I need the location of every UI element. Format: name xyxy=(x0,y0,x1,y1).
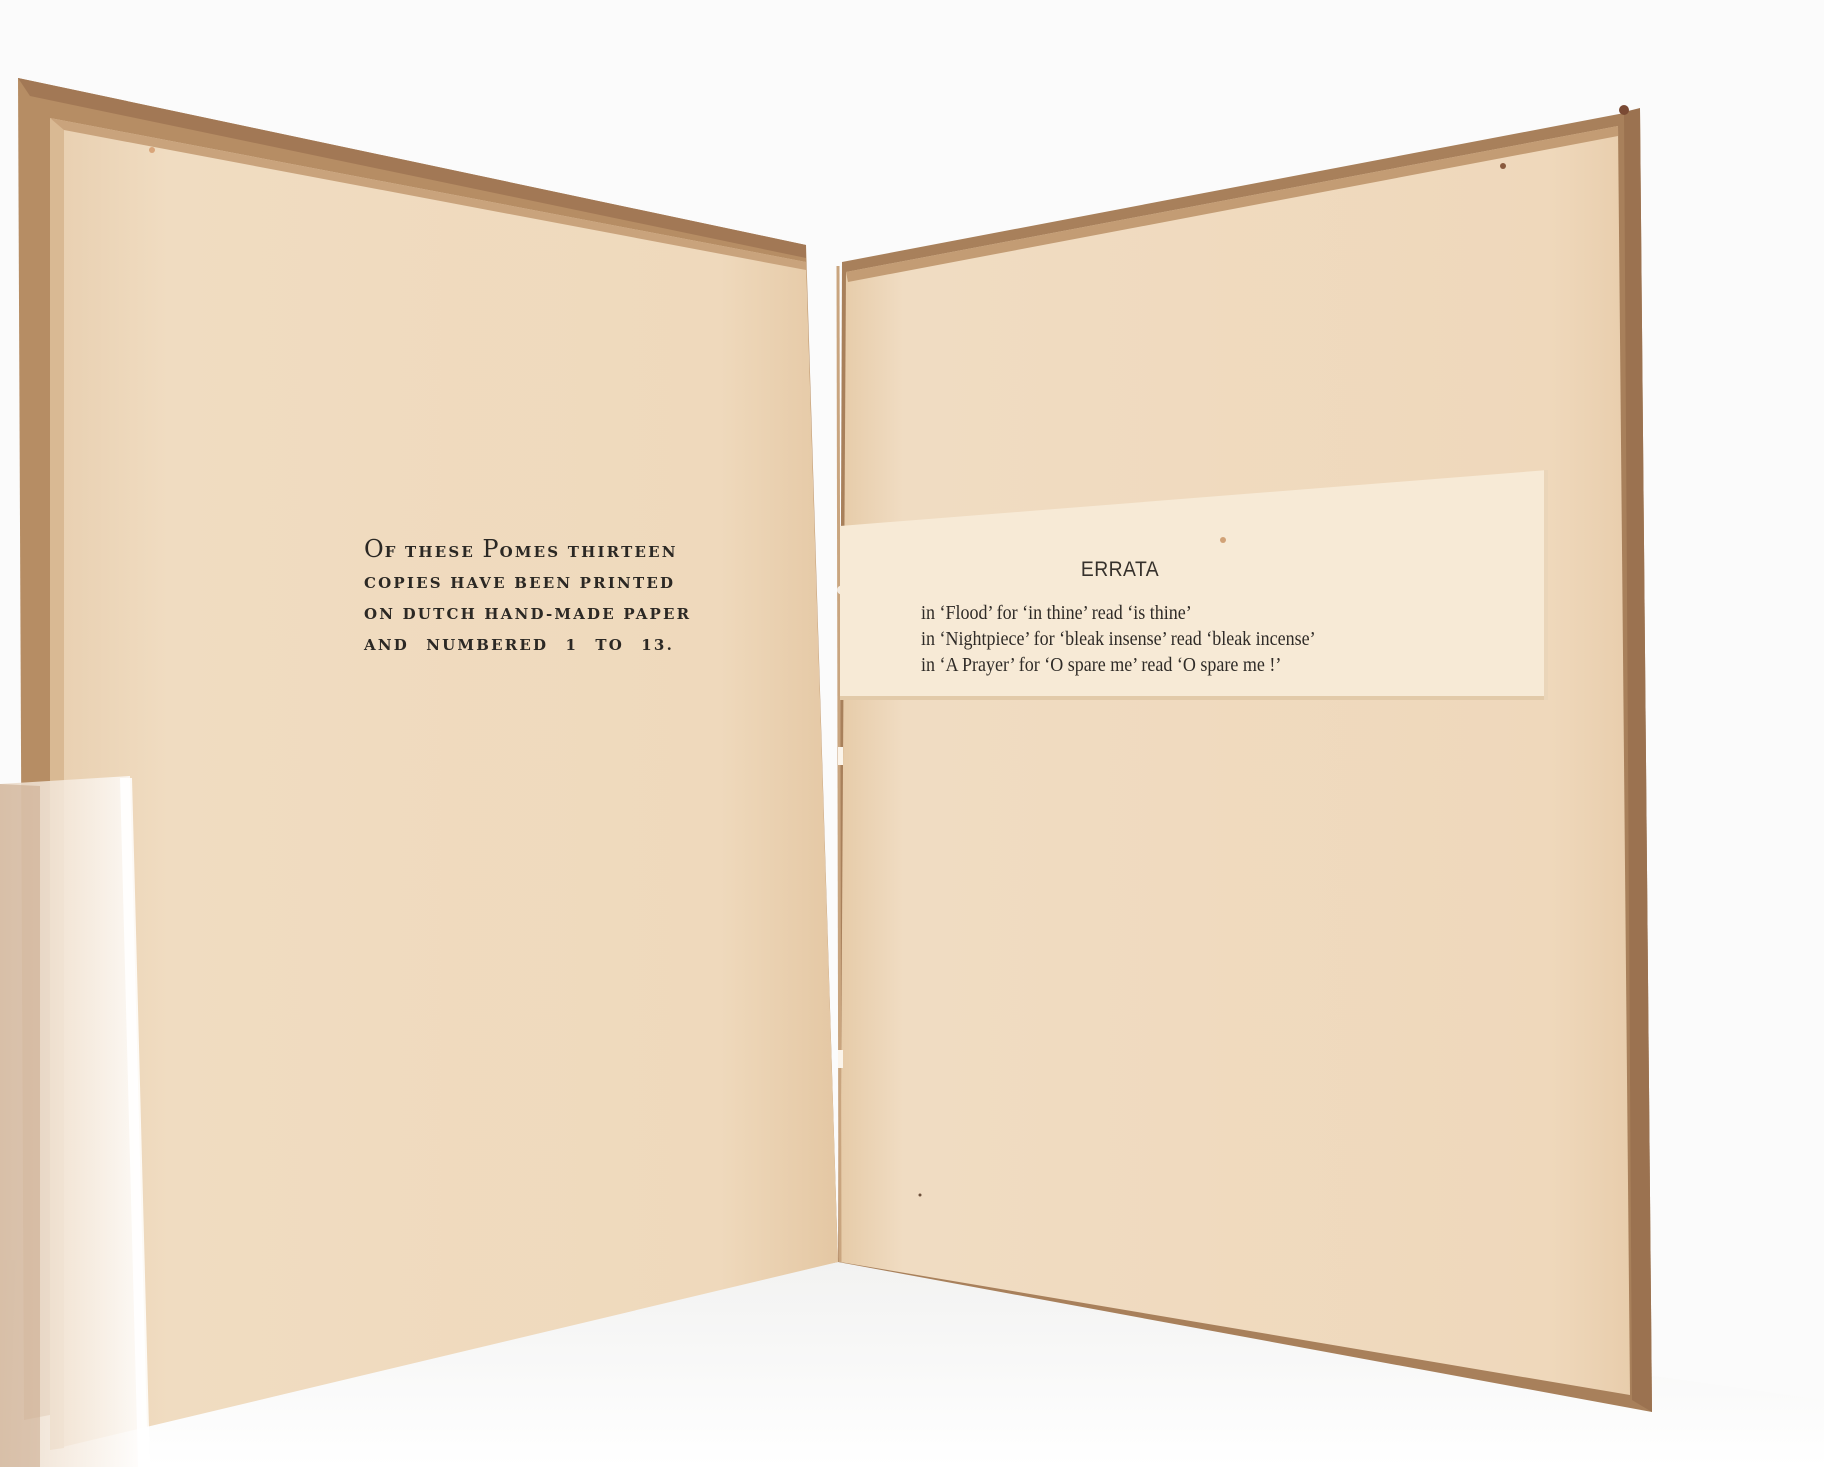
colophon-line-1: OF THESE POMES THIRTEEN xyxy=(364,534,674,568)
book-photo: OF THESE POMES THIRTEEN COPIES HAVE BEEN… xyxy=(0,0,1824,1467)
errata-line: in ‘Flood’ for ‘in thine’ read ‘is thine… xyxy=(921,600,1425,626)
errata-line: in ‘Nightpiece’ for ‘bleak insense’ read… xyxy=(921,626,1425,652)
colophon-line-2: COPIES HAVE BEEN PRINTED xyxy=(364,568,674,599)
errata-title: ERRATA xyxy=(1065,558,1175,582)
right-page xyxy=(840,126,1630,1395)
left-page xyxy=(50,118,838,1450)
errata-list: in ‘Flood’ for ‘in thine’ read ‘is thine… xyxy=(921,600,1425,678)
errata-line: in ‘A Prayer’ for ‘O spare me’ read ‘O s… xyxy=(921,652,1425,678)
colophon-line-3: ON DUTCH HAND-MADE PAPER xyxy=(364,599,674,630)
colophon-line-4: AND NUMBERED 1 TO 13. xyxy=(364,630,674,661)
open-book-illustration xyxy=(0,0,1824,1467)
colophon-limitation-statement: OF THESE POMES THIRTEEN COPIES HAVE BEEN… xyxy=(364,534,674,661)
